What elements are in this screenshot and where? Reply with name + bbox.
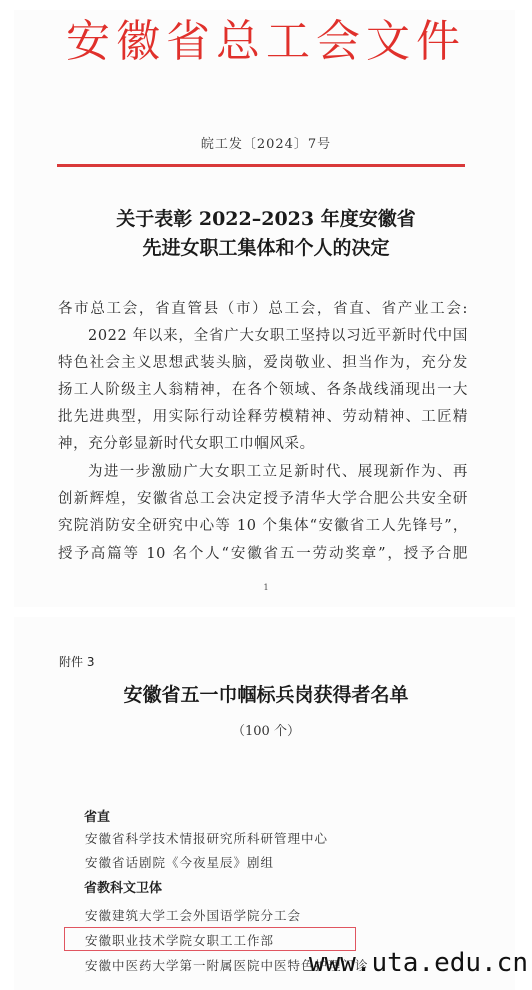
decision-title-line-2: 先进女职工集体和个人的决定 (0, 234, 532, 263)
red-header-title: 安徽省总工会文件 (0, 12, 532, 72)
award-list-count: （100 个） (0, 720, 532, 739)
paragraph-1-line-1: 2022 年以来，全省广大女职工坚持以习近平新时代中国 (88, 323, 468, 350)
salutation: 各市总工会，省直管县（市）总工会，省直、省产业工会: (58, 296, 468, 323)
paragraph-1-line-2: 特色社会主义思想武装头脑，爱岗敬业、担当作为，充分发 (58, 350, 468, 377)
paragraph-2-line-2: 创新辉煌，安徽省总工会决定授予清华大学合肥公共安全研 (58, 486, 468, 513)
paragraph-1-line-5: 神，充分彰显新时代女职工巾帼风采。 (58, 431, 468, 458)
document-number: 皖工发〔2024〕7号 (0, 133, 532, 152)
list-entry: 安徽省科学技术情报研究所科研管理中心 (85, 829, 328, 847)
decision-title: 关于表彰 2022–2023 年度安徽省 先进女职工集体和个人的决定 (0, 205, 532, 263)
red-divider-rule (57, 164, 465, 167)
paragraph-2-line-3: 究院消防安全研究中心等 10 个集体“安徽省工人先锋号”， (58, 513, 468, 540)
paragraph-1-line-4: 批先进典型，用实际行动诠释劳模精神、劳动精神、工匠精 (58, 404, 468, 431)
paragraph-2-line-1: 为进一步激励广大女职工立足新时代、展现新作为、再 (88, 459, 468, 486)
award-list-title: 安徽省五一巾帼标兵岗获得者名单 (0, 680, 532, 707)
attachment-label: 附件 3 (59, 653, 94, 670)
list-entry: 安徽建筑大学工会外国语学院分工会 (85, 906, 301, 924)
decision-title-line-1: 关于表彰 2022–2023 年度安徽省 (0, 205, 532, 234)
list-entry: 安徽省话剧院《今夜星辰》剧组 (85, 853, 274, 871)
category-heading-provincial: 省直 (84, 806, 110, 825)
paragraph-2-line-4: 授予高篇等 10 名个人“安徽省五一劳动奖章”，授予合肥 (58, 541, 468, 568)
paragraph-1-line-3: 扬工人阶级主人翁精神，在各个领域、各条战线涌现出一大 (58, 377, 468, 404)
page-number: 1 (0, 583, 532, 592)
category-heading-education-science-culture-health-sports: 省教科文卫体 (84, 877, 162, 896)
watermark-text: www.uta.edu.cn (309, 948, 528, 978)
